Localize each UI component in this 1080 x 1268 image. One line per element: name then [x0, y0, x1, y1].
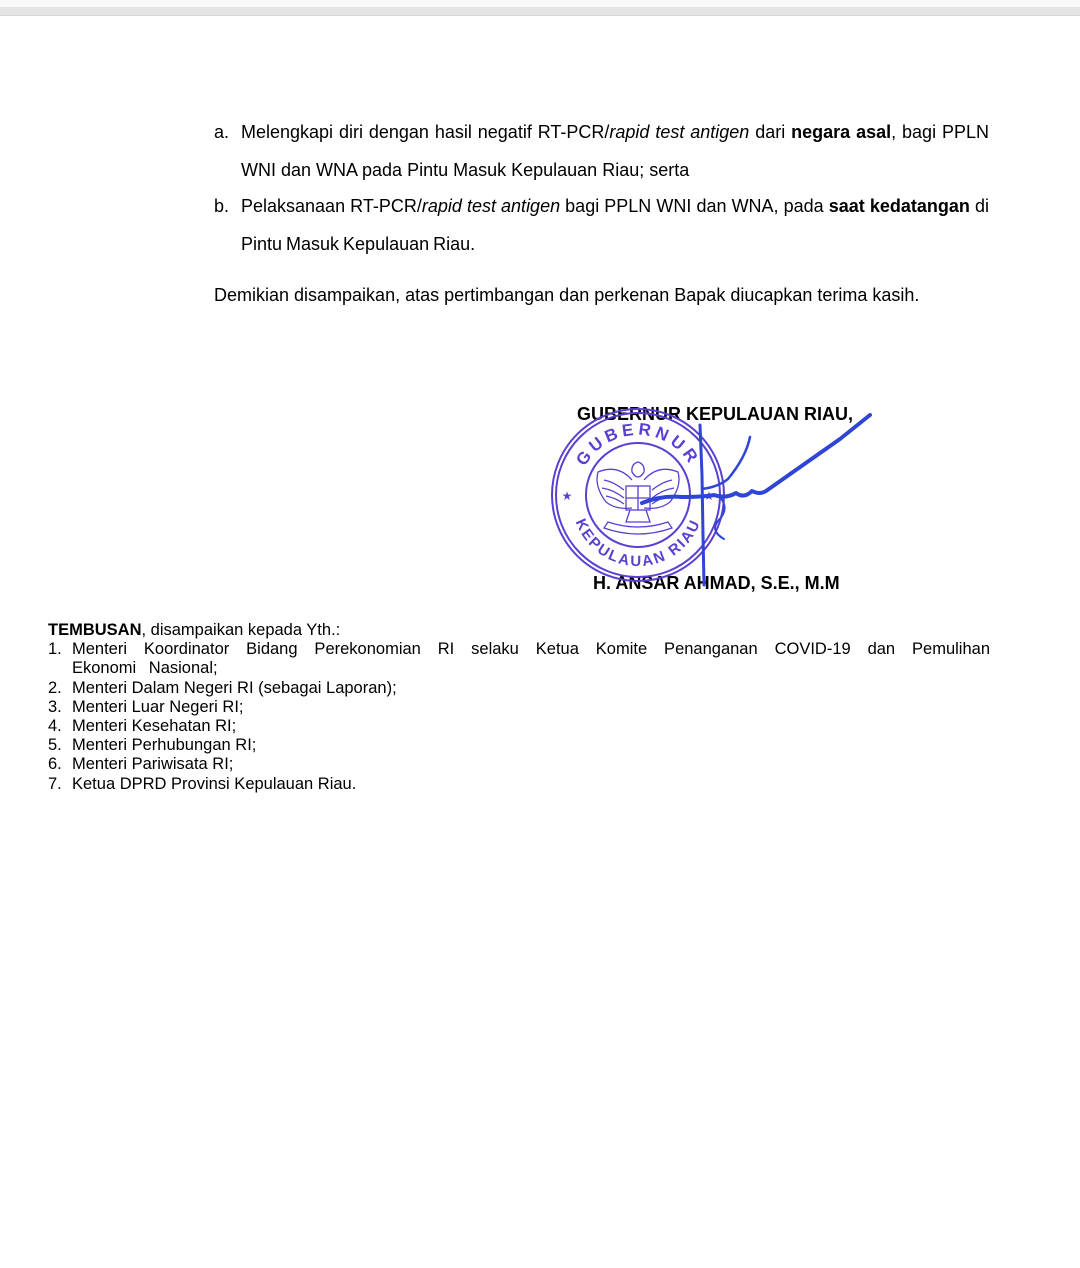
item-text: Menteri Dalam Negeri RI (sebagai Laporan… — [72, 679, 397, 697]
list-item-text: Pelaksanaan RT-PCR/rapid test antigen ba… — [241, 187, 989, 263]
item-number: 6. — [48, 755, 62, 774]
tembusan-item: 3.Menteri Luar Negeri RI; — [48, 698, 990, 717]
handwritten-signature-icon — [600, 395, 920, 595]
item-number: 1. — [48, 640, 62, 659]
document-page: a. Melengkapi diri dengan hasil negatif … — [0, 0, 1080, 1268]
text-run-normal: Pelaksanaan RT-PCR/ — [241, 196, 422, 216]
item-text: Menteri Perhubungan RI; — [72, 736, 256, 754]
item-text: Menteri Kesehatan RI; — [72, 717, 236, 735]
item-text: Menteri Pariwisata RI; — [72, 755, 233, 773]
item-number: 5. — [48, 736, 62, 755]
tembusan-section: TEMBUSAN, disampaikan kepada Yth.: 1.Men… — [48, 621, 990, 794]
item-text: Menteri Luar Negeri RI; — [72, 698, 244, 716]
closing-paragraph: Demikian disampaikan, atas pertimbangan … — [175, 276, 989, 314]
text-run-italic: rapid test antigen — [422, 196, 560, 216]
tembusan-item: 1.Menteri Koordinator Bidang Perekonomia… — [48, 640, 990, 678]
svg-text:★: ★ — [562, 489, 573, 503]
list-marker: a. — [214, 113, 229, 151]
item-text: Ketua DPRD Provinsi Kepulauan Riau. — [72, 775, 356, 793]
tembusan-heading-bold: TEMBUSAN — [48, 621, 142, 639]
list-marker: b. — [214, 187, 229, 225]
text-run-normal: Melengkapi diri dengan hasil negatif RT-… — [241, 122, 609, 142]
item-number: 3. — [48, 698, 62, 717]
tembusan-item: 2.Menteri Dalam Negeri RI (sebagai Lapor… — [48, 679, 990, 698]
item-number: 7. — [48, 775, 62, 794]
tembusan-heading: TEMBUSAN, disampaikan kepada Yth.: — [48, 621, 990, 640]
list-item-b: b. Pelaksanaan RT-PCR/rapid test antigen… — [214, 187, 989, 263]
tembusan-item: 4.Menteri Kesehatan RI; — [48, 717, 990, 736]
item-number: 4. — [48, 717, 62, 736]
item-number: 2. — [48, 679, 62, 698]
text-run-normal: bagi PPLN WNI dan WNA, pada — [560, 196, 829, 216]
tembusan-list: 1.Menteri Koordinator Bidang Perekonomia… — [48, 640, 990, 794]
tembusan-item: 6.Menteri Pariwisata RI; — [48, 755, 990, 774]
text-run-bold: negara asal — [791, 122, 891, 142]
text-run-bold: saat kedatangan — [829, 196, 970, 216]
tembusan-item: 7.Ketua DPRD Provinsi Kepulauan Riau. — [48, 775, 990, 794]
tembusan-heading-rest: , disampaikan kepada Yth.: — [142, 621, 341, 639]
item-text: Menteri Koordinator Bidang Perekonomian … — [72, 640, 990, 677]
tembusan-item: 5.Menteri Perhubungan RI; — [48, 736, 990, 755]
list-item-text: Melengkapi diri dengan hasil negatif RT-… — [241, 113, 989, 189]
list-item-a: a. Melengkapi diri dengan hasil negatif … — [214, 113, 989, 189]
text-run-italic: rapid test antigen — [609, 122, 749, 142]
text-run-normal: dari — [749, 122, 791, 142]
